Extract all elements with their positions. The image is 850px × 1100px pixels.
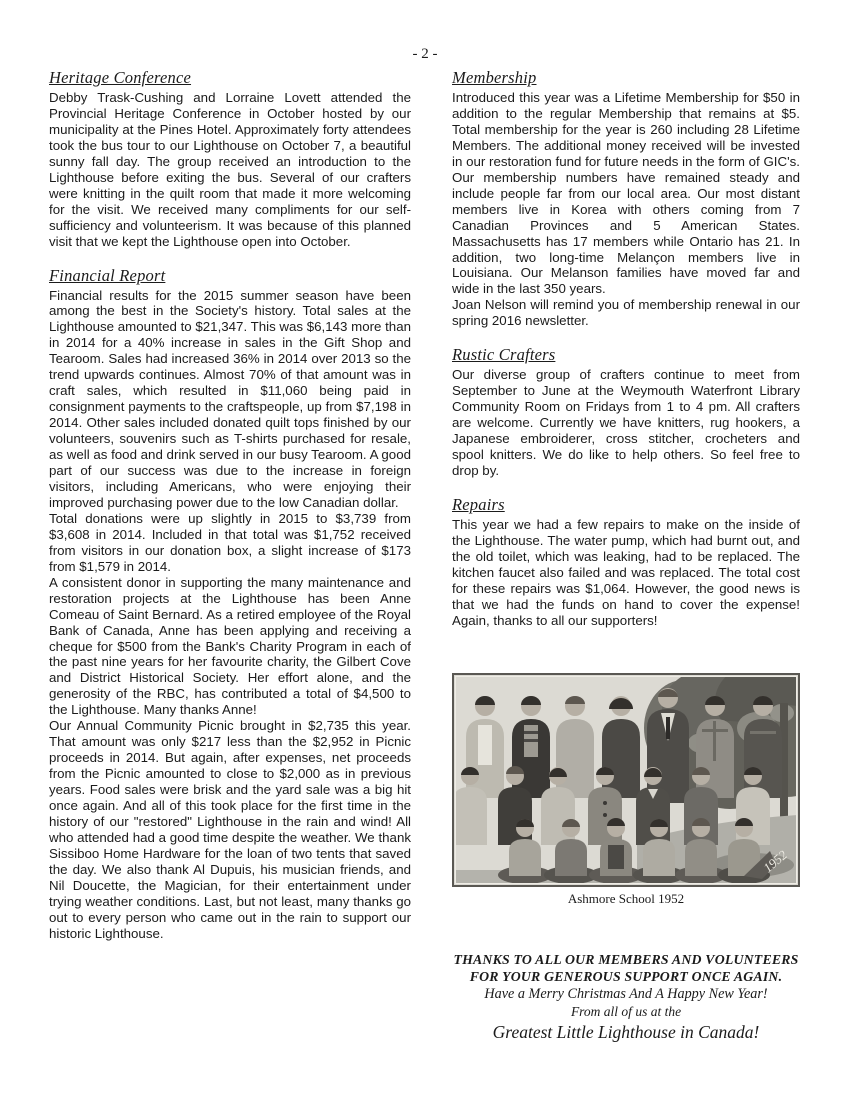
paragraph: Debby Trask-Cushing and Lorraine Lovett … [49, 90, 411, 250]
class-photo-illustration: 1952 [452, 673, 800, 887]
closing-line-4: From all of us at the [452, 1003, 800, 1020]
paragraph: Our diverse group of crafters continue t… [452, 367, 800, 479]
section-heading: Heritage Conference [49, 68, 411, 87]
section-membership: Membership Introduced this year was a Li… [452, 68, 800, 329]
photo-figure: 1952 Ashmore School 1952 [452, 673, 800, 907]
section-heritage-conference: Heritage Conference Debby Trask-Cushing … [49, 68, 411, 250]
section-heading: Rustic Crafters [452, 345, 800, 364]
class-photo-image: 1952 [452, 673, 800, 887]
paragraph: Total donations were up slightly in 2015… [49, 511, 411, 575]
closing-message: THANKS TO ALL OUR MEMBERS AND VOLUNTEERS… [452, 951, 800, 1045]
paragraph: This year we had a few repairs to make o… [452, 517, 800, 629]
newsletter-page: - 2 - Heritage Conference Debby Trask-Cu… [0, 0, 850, 1100]
closing-line-1: THANKS TO ALL OUR MEMBERS AND VOLUNTEERS [452, 951, 800, 969]
photo-caption: Ashmore School 1952 [452, 891, 800, 907]
right-column: Membership Introduced this year was a Li… [452, 68, 800, 1044]
paragraph: Joan Nelson will remind you of membershi… [452, 297, 800, 329]
closing-line-5: Greatest Little Lighthouse in Canada! [452, 1020, 800, 1044]
paragraph: A consistent donor in supporting the man… [49, 575, 411, 719]
section-heading: Membership [452, 68, 800, 87]
section-heading: Repairs [452, 495, 800, 514]
paragraph: Financial results for the 2015 summer se… [49, 288, 411, 511]
paragraph: Our Annual Community Picnic brought in $… [49, 718, 411, 941]
section-rustic-crafters: Rustic Crafters Our diverse group of cra… [452, 345, 800, 479]
section-heading: Financial Report [49, 266, 411, 285]
left-column: Heritage Conference Debby Trask-Cushing … [49, 68, 411, 958]
section-financial-report: Financial Report Financial results for t… [49, 266, 411, 942]
closing-line-3: Have a Merry Christmas And A Happy New Y… [452, 986, 800, 1004]
paragraph: Introduced this year was a Lifetime Memb… [452, 90, 800, 297]
page-number: - 2 - [0, 46, 850, 63]
closing-line-2: FOR YOUR GENEROUS SUPPORT ONCE AGAIN. [452, 968, 800, 986]
section-repairs: Repairs This year we had a few repairs t… [452, 495, 800, 629]
